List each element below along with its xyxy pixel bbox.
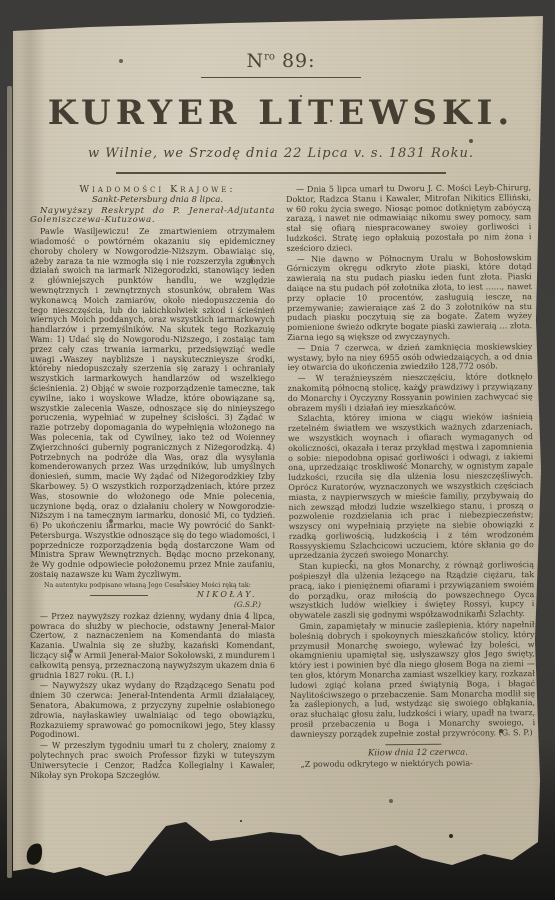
left-column: Wiadomości Krajowe: Sankt-Petersburg dni… [30, 185, 275, 781]
signature-note: Na autentyku podpisano własną Jego Cesar… [30, 582, 275, 589]
masthead-dateline: w Wilnie, we Srzodę dnia 22 Lipca v. s. … [30, 146, 532, 161]
signature-mark: (G.S.P.) [30, 600, 275, 610]
kiev-opening-line: „Z powodu odkrytego w niektórych powia- [291, 758, 536, 770]
news-item: Stan kupiecki, na głos Monarchy, z równą… [289, 560, 534, 621]
news-item: — Nie dawno w Północnym Uralu w Bohosłow… [287, 253, 533, 343]
news-item: — Dnia 7 czerwca, w dzień zamknięcia mos… [287, 342, 532, 373]
place-dateline: Sankt-Petersburg dnia 8 lipca. [30, 196, 275, 206]
news-item: — W przeszłym tygodniu umarł tu z choler… [30, 741, 275, 780]
ink-blot [25, 842, 45, 867]
section-divider [385, 743, 441, 744]
issue-number: Nro 89: [30, 50, 532, 72]
news-item: — Przez naywyższy rozkaz dzienny, wydany… [30, 612, 275, 681]
issue-superscript: ro [264, 52, 275, 63]
adjacent-page-edge [7, 86, 12, 878]
news-item: Gmin, zapamiętały w minucie zaślepienia,… [289, 620, 535, 739]
paper-sheet: Nro 89: KURYER LITEWSKI. w Wilnie, we Sr… [0, 0, 555, 900]
news-item: — Naywyższy ukaz wydany do Rządzącego Se… [30, 681, 275, 740]
section-heading: Wiadomości Krajowe: [30, 185, 275, 195]
page-content: Nro 89: KURYER LITEWSKI. w Wilnie, we Sr… [30, 28, 532, 781]
signature-row: NIKOŁAY. [30, 590, 275, 600]
paper-specks [0, 0, 2, 2]
right-column: — Dnia 5 lipca umarł tu Dworu J. C. Mośc… [286, 183, 536, 781]
rescript-body: Pawle Wasiljewiczu! Ze zmartwieniem otrz… [30, 227, 275, 580]
rescript-title: Naywyższy Reskrypt do P. Jenerał-Adjutan… [30, 207, 275, 227]
kiev-dateline: Kiiow dnia 12 czerwca. [290, 748, 535, 760]
signature-name: NIKOŁAY. [148, 590, 275, 600]
news-item: — Dnia 5 lipca umarł tu Dworu J. C. Mośc… [286, 183, 532, 254]
columns: Wiadomości Krajowe: Sankt-Petersburg dni… [30, 185, 532, 781]
signature-rule [90, 595, 148, 596]
news-item: Szlachta, którey imiona w ciągu wieków i… [288, 412, 534, 561]
newspaper-title: KURYER LITEWSKI. [30, 93, 532, 133]
issue-no: 89: [282, 50, 316, 72]
masthead-rule-bottom [116, 172, 446, 174]
masthead-rule-top [201, 77, 361, 78]
issue-n: N [246, 50, 264, 72]
scanned-newspaper-page: { "masthead": { "issue_n": "N", "issue_s… [0, 0, 555, 900]
news-item: — W teraźnieyszém nieszczęściu, które do… [287, 372, 532, 413]
